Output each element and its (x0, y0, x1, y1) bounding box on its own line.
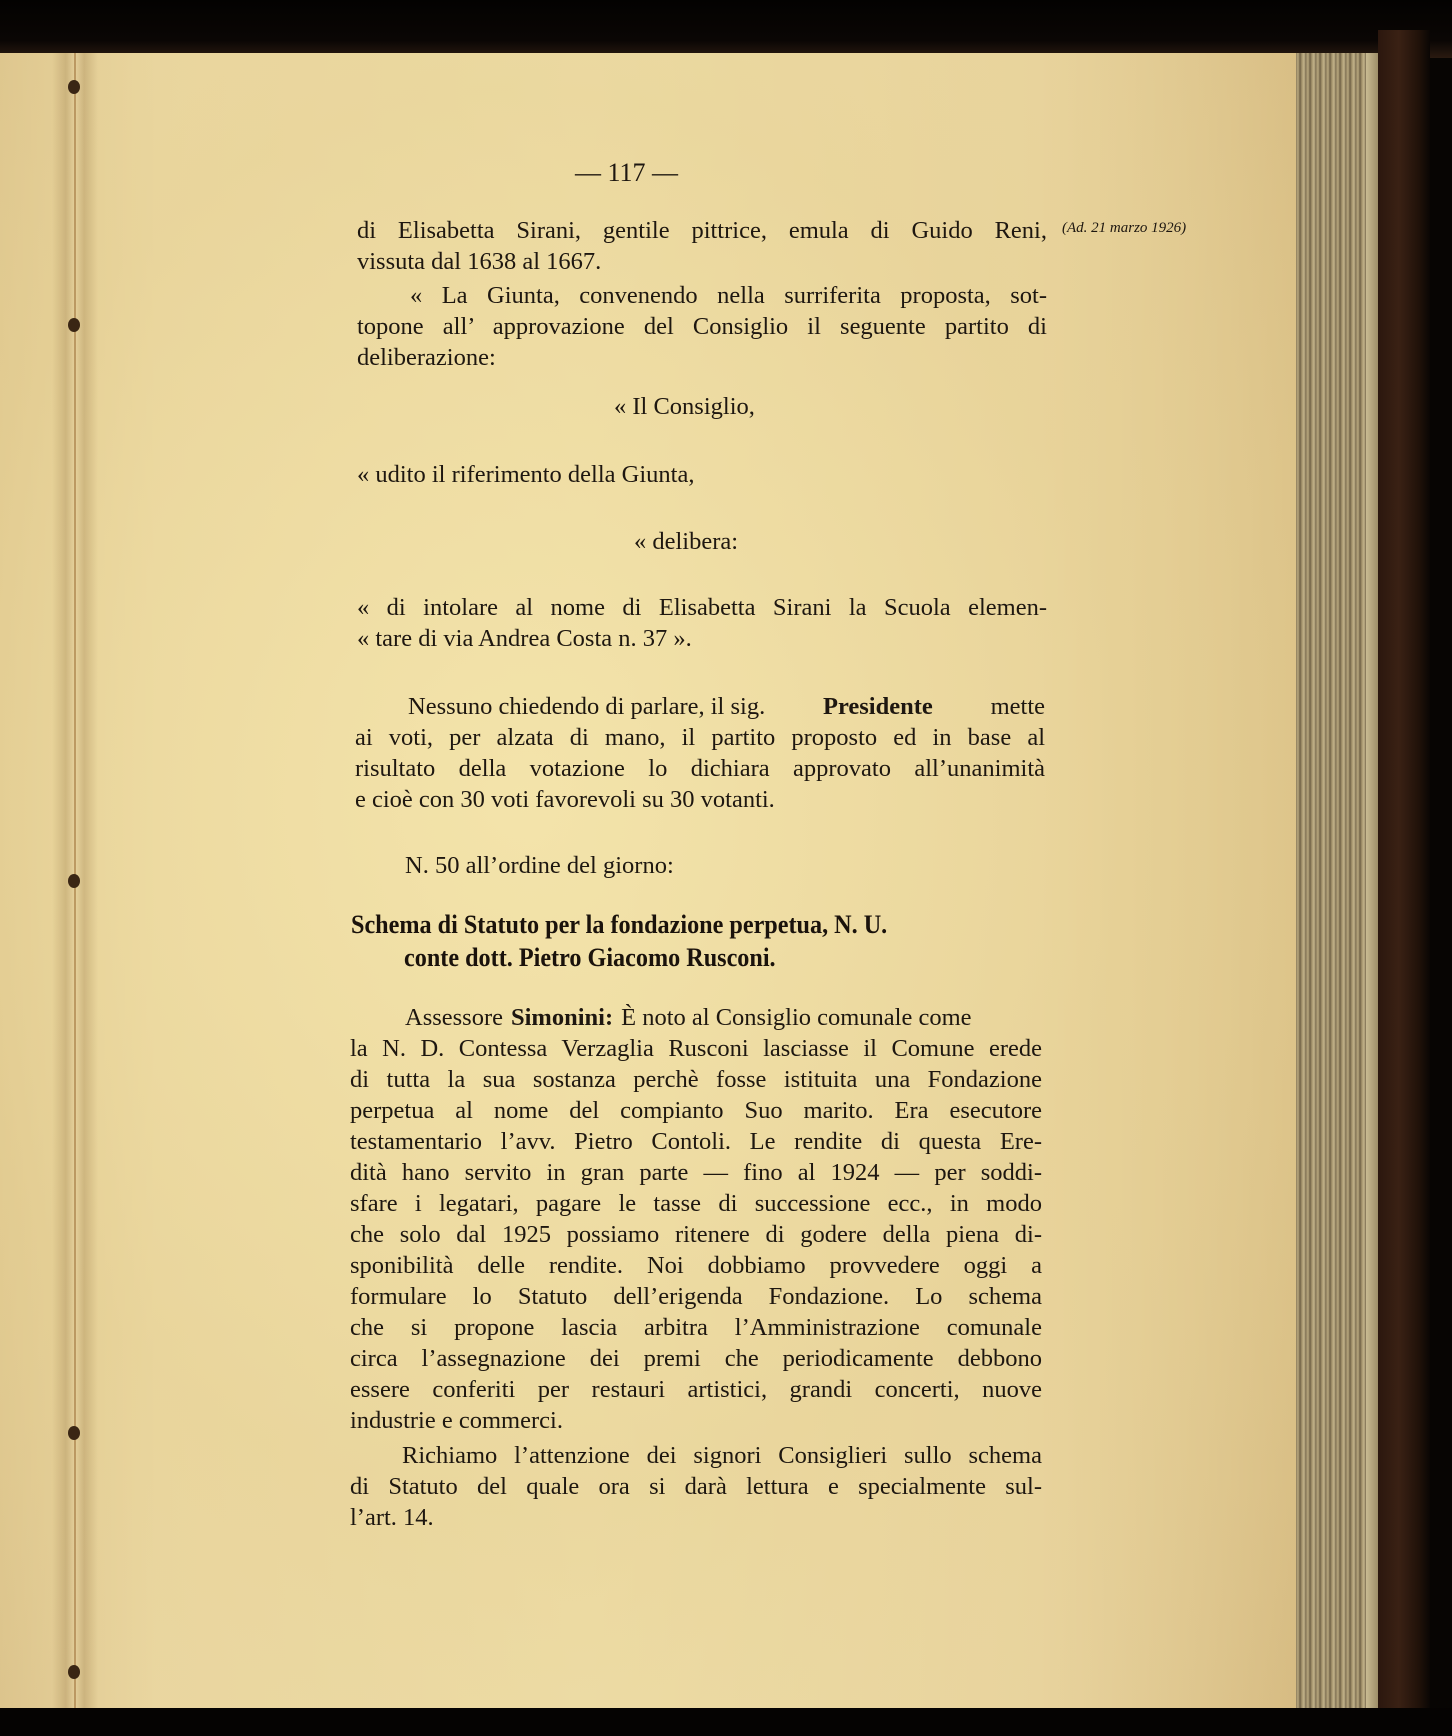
binding-stitch-icon (68, 80, 80, 94)
text-line: N. 50 all’ordine del giorno: (405, 850, 674, 881)
text-line: di Elisabetta Sirani, gentile pittrice, … (357, 215, 1047, 246)
text-line: sfare i legatari, pagare le tasse di suc… (350, 1188, 1042, 1219)
text-line: « tare di via Andrea Costa n. 37 ». (357, 623, 692, 654)
text-line: deliberazione: (357, 342, 496, 373)
text-line: Assessore Simonini: È noto al Consiglio … (405, 1002, 1042, 1033)
text-span: È noto al Consiglio comunale come (621, 1002, 971, 1033)
text-line: dità hano servito in gran parte — fino a… (350, 1157, 1042, 1188)
text-line: l’art. 14. (350, 1502, 434, 1533)
text-line: « delibera: (634, 526, 738, 557)
text-line: di tutta la sua sostanza perchè fosse is… (350, 1064, 1042, 1095)
text-line: che si propone lascia arbitra l’Amminist… (350, 1312, 1042, 1343)
page-edges (1296, 53, 1378, 1715)
text-span: Nessuno chiedendo di parlare, il sig. (408, 691, 765, 722)
text-span: mette (991, 691, 1045, 722)
text-line: « La Giunta, convenendo nella surriferit… (410, 280, 1047, 311)
book-cover-bottom (0, 1708, 1452, 1736)
binding-stitch-icon (68, 318, 80, 332)
text-line: « Il Consiglio, (614, 391, 755, 422)
page-number: — 117 — (575, 158, 678, 188)
section-heading: conte dott. Pietro Giacomo Rusconi. (404, 943, 776, 973)
text-line: « di intolare al nome di Elisabetta Sira… (357, 592, 1047, 623)
text-span: Assessore (405, 1002, 503, 1033)
binding-stitch-icon (68, 1426, 80, 1440)
speaker-name: Simonini: (511, 1002, 613, 1033)
text-line: e cioè con 30 voti favorevoli su 30 vota… (355, 784, 775, 815)
text-line: testamentario l’avv. Pietro Contoli. Le … (350, 1126, 1042, 1157)
text-line: circa l’assegnazione dei premi che perio… (350, 1343, 1042, 1374)
text-line: Nessuno chiedendo di parlare, il sig. Pr… (408, 691, 1045, 722)
binding-stitch-icon (68, 874, 80, 888)
text-line: industrie e commerci. (350, 1405, 563, 1436)
text-line: la N. D. Contessa Verzaglia Rusconi lasc… (350, 1033, 1042, 1064)
margin-date-note: (Ad. 21 marzo 1926) (1062, 220, 1186, 237)
text-line: sponibilità delle rendite. Noi dobbiamo … (350, 1250, 1042, 1281)
binding-stitch-icon (68, 1665, 80, 1679)
text-line: topone all’ approvazione del Consiglio i… (357, 311, 1047, 342)
text-line: Richiamo l’attenzione dei signori Consig… (402, 1440, 1042, 1471)
book-cover-right (1378, 30, 1430, 1720)
book-cover-top (0, 0, 1452, 58)
text-line: perpetua al nome del compianto Suo marit… (350, 1095, 1042, 1126)
speaker-name: Presidente (823, 691, 933, 722)
text-line: « udito il riferimento della Giunta, (357, 459, 694, 490)
text-line: risultato della votazione lo dichiara ap… (355, 753, 1045, 784)
text-line: di Statuto del quale ora si darà lettura… (350, 1471, 1042, 1502)
text-line: che solo dal 1925 possiamo ritenere di g… (350, 1219, 1042, 1250)
text-line: vissuta dal 1638 al 1667. (357, 246, 601, 277)
section-heading: Schema di Statuto per la fondazione perp… (351, 910, 887, 940)
text-line: essere conferiti per restauri artistici,… (350, 1374, 1042, 1405)
text-line: formulare lo Statuto dell’erigenda Fonda… (350, 1281, 1042, 1312)
text-line: ai voti, per alzata di mano, il partito … (355, 722, 1045, 753)
